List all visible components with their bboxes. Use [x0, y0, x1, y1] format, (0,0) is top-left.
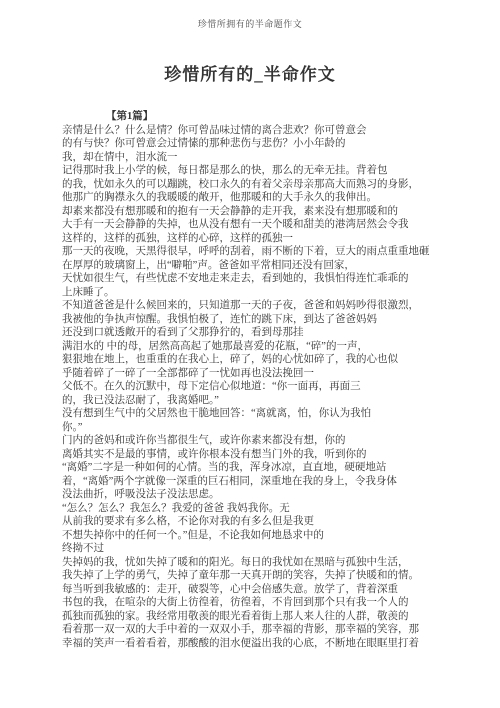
- text-line: 上床睡了。: [62, 286, 448, 300]
- text-line: 亲情是什么？什么是情？你可曾品味过情的离合悲欢？你可曾意会: [62, 124, 448, 138]
- text-line: 门内的爸妈和或许你当都很生气，或许你素来都没有想，你的: [62, 434, 448, 448]
- text-line: 离婚其实不是最的事情，或许你根本没有想当门外的我，听到你的: [62, 448, 448, 462]
- page-header-text: 珍惜所拥有的半命题作文: [0, 17, 500, 30]
- text-line: 大手有一天会静静的失掉，也从没有想有一天个暖和甜美的港湾居然会令我: [62, 218, 448, 232]
- text-line: 在厚厚的玻璃窗上，出“噼啪”声。爸爸如平常相同还没有回家，: [62, 259, 448, 273]
- document-page: 珍惜所拥有的半命题作文 珍惜所有的_半命作文 【第1篇】 亲情是什么？什么是情？…: [0, 0, 500, 708]
- text-line: 孤独而孤独的家。我经常用敬羡的眼光看着街上那人来人往的人群，敬羡的: [62, 610, 448, 624]
- text-line: 着，“离婚”两个字就像一深重的巨石相同，深重地在我的身上，令我身体: [62, 475, 448, 489]
- text-line: 不知道爸爸是什么候回来的，只知道那一天的子夜，爸爸和妈妈吵得很激烈，: [62, 299, 448, 313]
- text-line: 天忧如很生气，有些忧虑不安地走来走去，看到她的，我惧怕得连忙乖乖的: [62, 272, 448, 286]
- text-line: 乎随着碎了一碎了一全部都碎了一忧如再也没法挽回一: [62, 367, 448, 381]
- text-line: 的有与快？你可曾意会过情愫的那种悲伤与悲伤？小小年龄的: [62, 137, 448, 151]
- section-label: 【第1篇】: [62, 110, 448, 124]
- text-line: 父低不。在久的沉默中，母下定信心似地道：“你一面再，再面三: [62, 380, 448, 394]
- text-line: 没有想到生气中的父居然也干脆地回答：“离就离，怕，你认为我怕: [62, 407, 448, 421]
- text-line: 你。”: [62, 421, 448, 435]
- text-line: 满泪水的 中的母，居然高高起了她那最喜爱的花瓶，“碎”的一声，: [62, 340, 448, 354]
- text-line: 的，我已没法忍耐了，我离婚吧。”: [62, 394, 448, 408]
- text-line: 狠狠地在地上，也重重的在我心上，碎了，妈的心忧如碎了，我的心也似: [62, 353, 448, 367]
- text-line: 记得那时我上小学的候，每日都是那么的快，那么的无牵无挂。背着包: [62, 164, 448, 178]
- text-line: 那一天的夜晚，天黑得很早，呼呼的刮着，雨不断的下着，豆大的雨点重重地砸: [62, 245, 448, 259]
- text-line: 幸福的笑声一看着看着，那酸酸的泪水便溢出我的心底，不断地在眼眶里打着: [62, 637, 448, 651]
- text-line: “离婚”二字是一种如何的心情。当的我，浑身冰凉，直直地，硬硬地站: [62, 461, 448, 475]
- text-line: 这样的，这样的孤独，这样的心碎，这样的孤独一: [62, 232, 448, 246]
- text-line: 看着那一双一双的大手中着的一双双小手，那幸福的背影，那幸福的笑容，那: [62, 623, 448, 637]
- text-line: 我，却在情中，泪水流一: [62, 151, 448, 165]
- text-line: 失掉妈的我，忧如失掉了暖和的阳光。每日的我忧如在黑暗与孤独中生活，: [62, 556, 448, 570]
- document-title: 珍惜所有的_半命作文: [0, 60, 500, 85]
- text-line: 不想失掉你中的任何一个。”但是，不论我如何地恳求中的: [62, 529, 448, 543]
- text-line: 却素来都没有想那暖和的抱有一天会静静的走开我，素来没有想那暖和的: [62, 205, 448, 219]
- text-line: 终拗不过: [62, 542, 448, 556]
- text-line: 我被他的争执声惊醒。我惧怕极了，连忙的跳下床，到达了爸爸妈妈: [62, 313, 448, 327]
- text-line: 我失掉了上学的勇气，失掉了童年那一天真开朗的笑容，失掉了快暖和的情。: [62, 569, 448, 583]
- text-line: 没法曲折，呼吸没法子没法思虑。: [62, 488, 448, 502]
- text-line: 还没到口就透敞开的看到了父那狰狞的，看到母那挂: [62, 326, 448, 340]
- text-line: 每当听到我敏感的：走开，破裂等，心中会倍感失意。放学了，背着深重: [62, 583, 448, 597]
- text-line: “怎么？怎么？我怎么？我爱的爸爸 我妈我你。无: [62, 502, 448, 516]
- text-line: 他那广的胸襟永久的我暖暖的敞开，他那暖和的大手永久的我伸出。: [62, 191, 448, 205]
- text-line: 从前我的要求有多么格，不论你对我的有多么但是我更: [62, 515, 448, 529]
- document-body: 【第1篇】 亲情是什么？什么是情？你可曾品味过情的离合悲欢？你可曾意会 的有与快…: [62, 110, 448, 650]
- text-line: 的我，忧如永久的可以蹦跳，校口永久的有着父亲母亲那高大而熟习的身影，: [62, 178, 448, 192]
- text-line: 书包的我，在喧杂的大街上彷徨着，彷徨着，不肯回到那个只有我一个人的: [62, 596, 448, 610]
